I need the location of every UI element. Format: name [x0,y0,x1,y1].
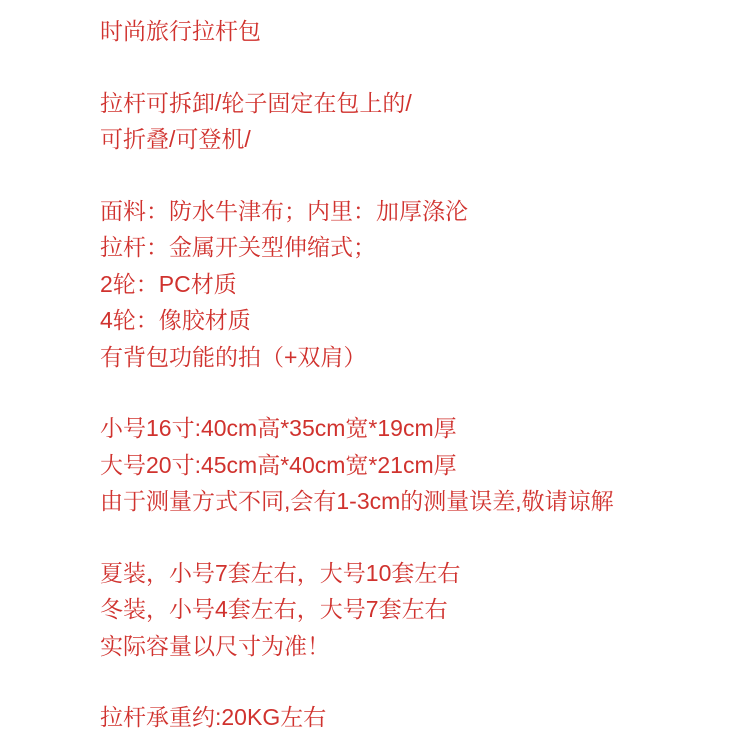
feature-line-trolley-wheels: 拉杆可拆卸/轮子固定在包上的/ [100,85,720,122]
capacity-note-line: 实际容量以尺寸为准！ [100,628,720,665]
four-wheel-material-line: 4轮：像胶材质 [100,302,720,339]
two-wheel-material-line: 2轮：PC材质 [100,266,720,303]
size-small-line: 小号16寸:40cm高*35cm宽*19cm厚 [100,410,720,447]
product-title: 时尚旅行拉杆包 [100,13,720,50]
load-section: 拉杆承重约:20KG左右 [100,699,720,736]
material-fabric-lining-line: 面料：防水牛津布；内里：加厚涤沦 [100,193,720,230]
product-description-page: 时尚旅行拉杆包 拉杆可拆卸/轮子固定在包上的/ 可折叠/可登机/ 面料：防水牛津… [0,0,750,750]
dimensions-section: 小号16寸:40cm高*35cm宽*19cm厚 大号20寸:45cm高*40cm… [100,410,720,520]
capacity-winter-line: 冬装，小号4套左右，大号7套左右 [100,591,720,628]
load-capacity-line: 拉杆承重约:20KG左右 [100,699,720,736]
feature-line-foldable-boarding: 可折叠/可登机/ [100,121,720,158]
backpack-function-line: 有背包功能的拍（+双肩） [100,339,720,376]
measurement-tolerance-line: 由于测量方式不同,会有1-3cm的测量误差,敬请谅解 [100,483,720,520]
size-large-line: 大号20寸:45cm高*40cm宽*21cm厚 [100,447,720,484]
features-section: 拉杆可拆卸/轮子固定在包上的/ 可折叠/可登机/ [100,85,720,158]
capacity-section: 夏装，小号7套左右，大号10套左右 冬装，小号4套左右，大号7套左右 实际容量以… [100,555,720,665]
product-description-text: 时尚旅行拉杆包 拉杆可拆卸/轮子固定在包上的/ 可折叠/可登机/ 面料：防水牛津… [0,0,750,736]
materials-section: 面料：防水牛津布；内里：加厚涤沦 拉杆：金属开关型伸缩式； 2轮：PC材质 4轮… [100,193,720,376]
title-section: 时尚旅行拉杆包 [100,13,720,50]
capacity-summer-line: 夏装，小号7套左右，大号10套左右 [100,555,720,592]
trolley-rod-line: 拉杆：金属开关型伸缩式； [100,229,720,266]
